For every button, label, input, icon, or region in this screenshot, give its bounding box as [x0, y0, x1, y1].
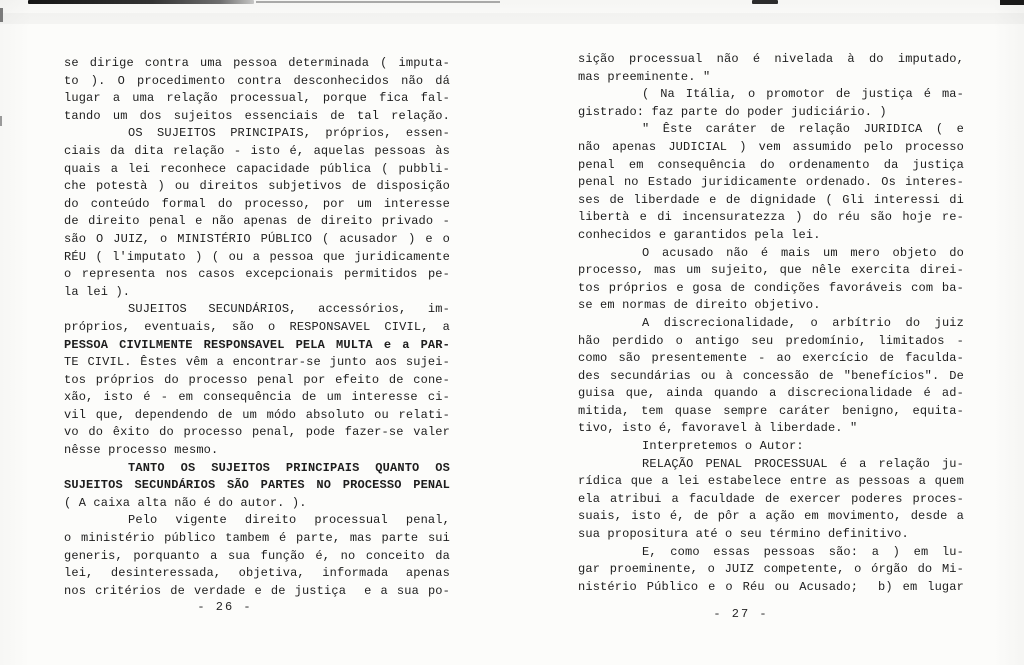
text-line: sua propositura até o seu término defini…: [578, 526, 964, 544]
text-line: nos critérios de verdade e de justiça e …: [64, 583, 450, 601]
text-line: se dirige contra uma pessoa determinada …: [64, 55, 450, 73]
text-line: mitida, tem quase sempre caráter benigno…: [578, 403, 964, 421]
text-line: como são presentemente - ao exercício de…: [578, 350, 964, 368]
text-line: SUJEITOS SECUNDÁRIOS SÃO PARTES NO PROCE…: [64, 477, 450, 495]
text-line: são O JUIZ, o MINISTÉRIO PÚBLICO ( acusa…: [64, 231, 450, 249]
scan-artifact-left-edge-mark: [0, 116, 2, 126]
text-line: OS SUJEITOS PRINCIPAIS, próprios, essen-: [64, 125, 450, 143]
text-line: ela atribui a faculdade de exercer poder…: [578, 491, 964, 509]
text-line: Interpretemos o Autor:: [578, 438, 964, 456]
text-line: se em normas de direito objetivo.: [578, 297, 964, 315]
text-line: to ). O procedimento contra desconhecido…: [64, 73, 450, 91]
scanned-book-spread: se dirige contra uma pessoa determinada …: [0, 0, 1024, 665]
page-number-left: - 26 -: [32, 600, 418, 614]
text-line: TANTO OS SUJEITOS PRINCIPAIS QUANTO OS: [64, 460, 450, 478]
text-line: nistério Público e o Réu ou Acusado; b) …: [578, 579, 964, 597]
text-line: tando um dos sujeitos essenciais de tal …: [64, 108, 450, 126]
text-line: vil que, dependendo de um módo absoluto …: [64, 407, 450, 425]
text-line: xão, isto é - em consequência de um inte…: [64, 389, 450, 407]
text-line: ses de liberdade e de dignidade ( Gli in…: [578, 192, 964, 210]
scan-artifact-left-edge-mark: [0, 8, 3, 22]
text-line: o representa nos casos excepcionais perm…: [64, 266, 450, 284]
text-line: o ministério público tambem é parte, mas…: [64, 530, 450, 548]
text-line: RÉU ( l'imputato ) ( ou a pessoa que jur…: [64, 249, 450, 267]
page-left-text-block: se dirige contra uma pessoa determinada …: [64, 55, 450, 600]
scan-shading-band: [0, 13, 1024, 24]
text-line: tos próprios e gosa de condições favoráv…: [578, 280, 964, 298]
text-line: tivo, isto é, favoravel à liberdade. ": [578, 420, 964, 438]
text-line: la lei ).: [64, 284, 450, 302]
page-number-right: - 27 -: [548, 607, 934, 621]
scan-artifact-top-right-mark: [1000, 0, 1024, 5]
text-line: O acusado não é mais um mero objeto do: [578, 245, 964, 263]
scan-artifact-top-middle-mark: [752, 0, 778, 4]
text-line: gistrado: faz parte do poder judiciário.…: [578, 104, 964, 122]
text-line: Pelo vigente direito processual penal,: [64, 512, 450, 530]
text-line: E, como essas pessoas são: a ) em lu-: [578, 544, 964, 562]
text-line: penal em consequência do ordenamento da …: [578, 157, 964, 175]
text-line: PESSOA CIVILMENTE RESPONSAVEL PELA MULTA…: [64, 337, 450, 355]
text-line: vo do êxito do processo penal, pode faze…: [64, 424, 450, 442]
text-line: des secundárias ou à concessão de "benef…: [578, 368, 964, 386]
text-line: libertà e di incensuratezza ) do réu são…: [578, 209, 964, 227]
text-line: guisa que, ainda quando a discrecionalid…: [578, 385, 964, 403]
text-line: do conteúdo formal do processo, por um i…: [64, 196, 450, 214]
text-line: de direito penal e não apenas de direito…: [64, 213, 450, 231]
text-line: não apenas JUDICIAL ) vem assumido pelo …: [578, 139, 964, 157]
text-line: TE CIVIL. Êstes vêm a encontrar-se junto…: [64, 354, 450, 372]
text-line: lei, desinteressada, objetiva, informada…: [64, 565, 450, 583]
text-line: ( Na Itália, o promotor de justiça é ma-: [578, 86, 964, 104]
text-line: A discrecionalidade, o arbítrio do juiz: [578, 315, 964, 333]
text-line: che potestà ) ou direitos subjetivos de …: [64, 178, 450, 196]
text-line: rídica que a lei estabelece entre as pes…: [578, 473, 964, 491]
text-line: processo, mas um sujeito, que nêle exerc…: [578, 262, 964, 280]
text-line: hão perdido o antigo seu predomínio, lim…: [578, 333, 964, 351]
text-line: mas preeminente. ": [578, 69, 964, 87]
text-line: sição processual não é nivelada à do imp…: [578, 51, 964, 69]
text-line: suais, isto é, de pôr a ação em moviment…: [578, 508, 964, 526]
text-line: generis, porquanto a sua função é, no co…: [64, 548, 450, 566]
text-line: " Êste caráter de relação JURIDICA ( e: [578, 121, 964, 139]
scan-artifact-top-left-streak: [28, 0, 254, 4]
scan-artifact-top-streak-faint: [256, 1, 500, 3]
text-line: RELAÇÃO PENAL PROCESSUAL é a relação ju-: [578, 456, 964, 474]
text-line: SUJEITOS SECUNDÁRIOS, accessórios, im-: [64, 301, 450, 319]
page-right-text-block: sição processual não é nivelada à do imp…: [578, 51, 964, 596]
text-line: tos próprios do processo penal por efeit…: [64, 372, 450, 390]
text-line: penal no Estado juridicamente ordenado. …: [578, 174, 964, 192]
text-line: nêsse processo mesmo.: [64, 442, 450, 460]
text-line: ( A caixa alta não é do autor. ).: [64, 495, 450, 513]
text-line: gar proeminente, o JUIZ competente, o ór…: [578, 561, 964, 579]
text-line: conhecidos e garantidos pela lei.: [578, 227, 964, 245]
text-line: ciais da dita relação - isto é, aquelas …: [64, 143, 450, 161]
text-line: lugar a uma relação processual, porque f…: [64, 90, 450, 108]
text-line: quais a lei reconhece capacidade pública…: [64, 161, 450, 179]
text-line: próprios, eventuais, são o RESPONSAVEL C…: [64, 319, 450, 337]
